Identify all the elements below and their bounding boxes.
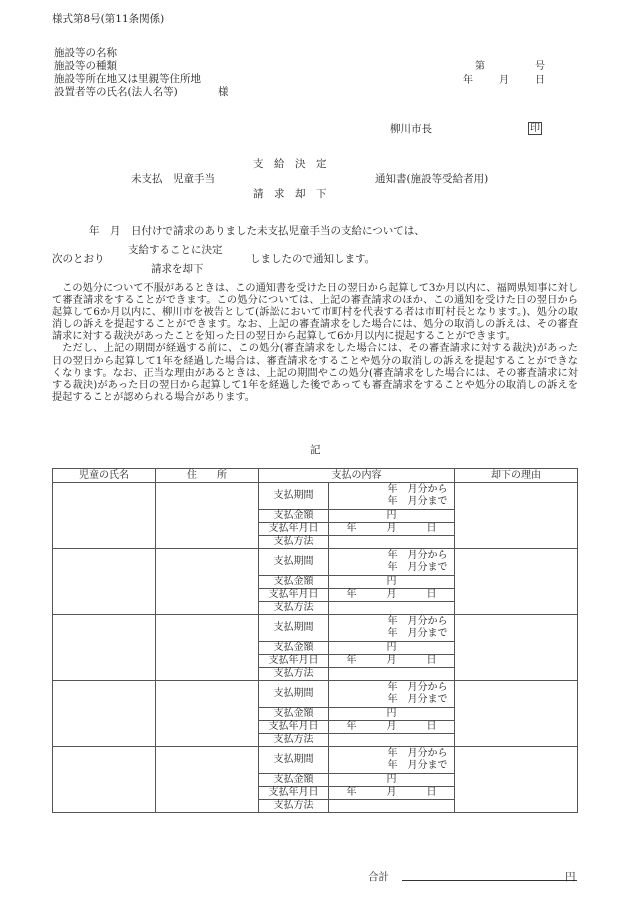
table-header-row: 児童の氏名 住 所 支払の内容 却下の理由 [53, 469, 578, 483]
facility-name-label: 施設等の名称 [54, 48, 117, 59]
period-from-month: 月分から [408, 550, 448, 561]
amount-value[interactable]: 円 [329, 510, 455, 523]
method-label: 支払方法 [259, 734, 329, 747]
method-value[interactable] [329, 800, 455, 813]
period-to-month: 月分まで [408, 562, 448, 573]
date-label: 支払年月日 [259, 787, 329, 800]
title-right: 通知書(施設等受給者用) [375, 174, 488, 185]
period-value[interactable]: 年月分から 年月分まで [329, 681, 455, 708]
seal-icon: 印 [528, 122, 542, 135]
date-label: 支払年月日 [259, 523, 329, 536]
date-month-unit: 月 [387, 655, 397, 666]
rejection-reason-cell[interactable] [455, 549, 578, 615]
facility-type-label: 施設等の種類 [54, 61, 117, 72]
payment-date-value[interactable]: 年月日 [329, 589, 455, 602]
method-value[interactable] [329, 668, 455, 681]
rejection-reason-cell[interactable] [455, 483, 578, 549]
intro-line: 年 月 日付けで請求のありました未支払児童手当の支給については、 [89, 226, 425, 237]
period-value[interactable]: 年月分から 年月分まで [329, 747, 455, 774]
period-from-year: 年 [378, 616, 408, 628]
date-year-unit: 年 [347, 655, 357, 666]
child-name-cell[interactable] [53, 615, 156, 681]
method-label: 支払方法 [259, 668, 329, 681]
period-to-year: 年 [378, 496, 408, 508]
child-name-cell[interactable] [53, 549, 156, 615]
period-to-month: 月分まで [408, 496, 448, 507]
date-label: 支払年月日 [259, 589, 329, 602]
address-cell[interactable] [156, 747, 259, 813]
title-option-approve: 支 給 決 定 [253, 159, 327, 170]
date-day-unit: 日 [427, 589, 437, 600]
method-value[interactable] [329, 734, 455, 747]
date-month-unit: 月 [387, 589, 397, 600]
date-year-unit: 年 [347, 787, 357, 798]
rejection-reason-cell[interactable] [455, 747, 578, 813]
amount-label: 支払金額 [259, 510, 329, 523]
amount-value[interactable]: 円 [329, 708, 455, 721]
period-label: 支払期間 [259, 681, 329, 708]
period-value[interactable]: 年月分から 年月分まで [329, 549, 455, 576]
period-to-month: 月分まで [408, 694, 448, 705]
child-name-cell[interactable] [53, 747, 156, 813]
payment-date-value[interactable]: 年月日 [329, 787, 455, 800]
period-from-year: 年 [378, 682, 408, 694]
doc-number-suffix: 号 [535, 62, 545, 72]
amount-value[interactable]: 円 [329, 774, 455, 787]
date-year: 年 [463, 76, 473, 86]
amount-label: 支払金額 [259, 708, 329, 721]
period-to-year: 年 [378, 694, 408, 706]
facility-address-label: 施設等所在地又は里親等住所地 [54, 74, 201, 85]
issuer-title: 柳川市長 [390, 124, 432, 135]
intro-option-reject: 請求を却下 [151, 264, 204, 275]
notice-paragraph-2: ただし、上記の期間が経過する前に、この処分(審査請求をした場合には、その審査請求… [52, 343, 578, 403]
operator-name-label: 設置者等の氏名(法人名等) [54, 87, 178, 98]
date-day-unit: 日 [427, 523, 437, 534]
address-cell[interactable] [156, 483, 259, 549]
period-from-month: 月分から [408, 682, 448, 693]
date-day: 日 [535, 76, 545, 86]
date-label: 支払年月日 [259, 721, 329, 734]
date-year-unit: 年 [347, 523, 357, 534]
period-from-month: 月分から [408, 748, 448, 759]
period-to-year: 年 [378, 562, 408, 574]
date-year-unit: 年 [347, 721, 357, 732]
address-cell[interactable] [156, 615, 259, 681]
payment-date-value[interactable]: 年月日 [329, 655, 455, 668]
notice-paragraph-1: この処分について不服があるときは、この通知書を受けた日の翌日から起算して3か月以… [52, 283, 578, 343]
date-day-unit: 日 [427, 787, 437, 798]
method-label: 支払方法 [259, 800, 329, 813]
table-row: 支払期間 年月分から 年月分まで [53, 483, 578, 510]
total-label: 合計 [368, 872, 389, 883]
period-to-year: 年 [378, 760, 408, 772]
period-value[interactable]: 年月分から 年月分まで [329, 483, 455, 510]
seal-mark: 印 [528, 122, 542, 135]
date-day-unit: 日 [427, 655, 437, 666]
rejection-reason-cell[interactable] [455, 681, 578, 747]
period-from-year: 年 [378, 748, 408, 760]
period-label: 支払期間 [259, 615, 329, 642]
date-day-unit: 日 [427, 721, 437, 732]
date-month: 月 [499, 76, 509, 86]
method-label: 支払方法 [259, 602, 329, 615]
method-value[interactable] [329, 536, 455, 549]
doc-number-prefix: 第 [475, 62, 485, 72]
period-to-month: 月分まで [408, 760, 448, 771]
table-row: 支払期間 年月分から 年月分まで [53, 747, 578, 774]
title-left: 未支払 児童手当 [131, 174, 215, 185]
intro-suffix: しましたので通知します。 [250, 254, 375, 265]
date-label: 支払年月日 [259, 655, 329, 668]
amount-label: 支払金額 [259, 774, 329, 787]
total-input-line[interactable] [402, 880, 577, 881]
date-year-unit: 年 [347, 589, 357, 600]
payment-date-value[interactable]: 年月日 [329, 721, 455, 734]
address-cell[interactable] [156, 549, 259, 615]
total-unit: 円 [565, 872, 576, 883]
period-from-month: 月分から [408, 484, 448, 495]
date-month-unit: 月 [387, 787, 397, 798]
table-row: 支払期間 年月分から 年月分まで [53, 549, 578, 576]
header-address: 住 所 [156, 469, 259, 483]
amount-label: 支払金額 [259, 576, 329, 589]
intro-prefix: 次のとおり [52, 254, 105, 265]
table-row: 支払期間 年月分から 年月分まで [53, 615, 578, 642]
period-value[interactable]: 年月分から 年月分まで [329, 615, 455, 642]
date-month-unit: 月 [387, 721, 397, 732]
table-row: 支払期間 年月分から 年月分まで [53, 681, 578, 708]
method-label: 支払方法 [259, 536, 329, 549]
honorific: 様 [218, 87, 229, 98]
form-number: 様式第8号(第11条関係) [52, 14, 164, 25]
amount-value[interactable]: 円 [329, 642, 455, 655]
address-cell[interactable] [156, 681, 259, 747]
header-rejection-reason: 却下の理由 [455, 469, 578, 483]
child-name-cell[interactable] [53, 681, 156, 747]
payment-table: 児童の氏名 住 所 支払の内容 却下の理由 支払期間 年月分から 年月分まで 支… [52, 468, 578, 813]
amount-label: 支払金額 [259, 642, 329, 655]
header-child-name: 児童の氏名 [53, 469, 156, 483]
intro-option-approve: 支給することに決定 [128, 245, 223, 256]
title-option-reject: 請 求 却 下 [253, 189, 327, 200]
method-value[interactable] [329, 602, 455, 615]
payment-date-value[interactable]: 年月日 [329, 523, 455, 536]
period-to-month: 月分まで [408, 628, 448, 639]
rejection-reason-cell[interactable] [455, 615, 578, 681]
appeal-notice: この処分について不服があるときは、この通知書を受けた日の翌日から起算して3か月以… [52, 283, 578, 404]
period-from-year: 年 [378, 550, 408, 562]
period-to-year: 年 [378, 628, 408, 640]
period-label: 支払期間 [259, 747, 329, 774]
period-from-year: 年 [378, 484, 408, 496]
period-label: 支払期間 [259, 483, 329, 510]
child-name-cell[interactable] [53, 483, 156, 549]
period-from-month: 月分から [408, 616, 448, 627]
period-label: 支払期間 [259, 549, 329, 576]
ki-marker: 記 [310, 445, 321, 456]
header-payment-details: 支払の内容 [259, 469, 455, 483]
date-month-unit: 月 [387, 523, 397, 534]
amount-value[interactable]: 円 [329, 576, 455, 589]
